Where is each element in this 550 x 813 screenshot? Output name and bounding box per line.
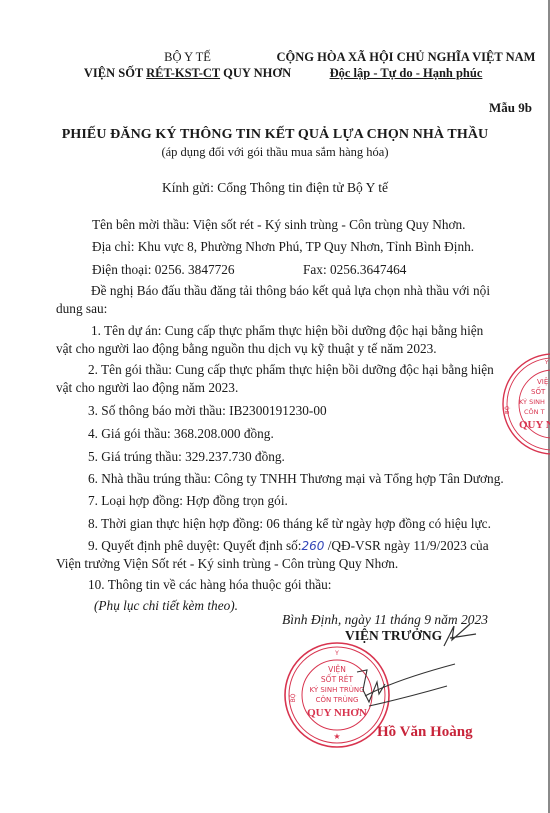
inviter-phone: Điện thoại: 0256. 3847726 xyxy=(92,261,235,278)
document-title: PHIẾU ĐĂNG KÝ THÔNG TIN KẾT QUẢ LỰA CHỌN… xyxy=(0,127,550,143)
edge-seal-line-1: VIỆ xyxy=(537,377,548,386)
signature-scribble xyxy=(355,660,465,725)
seal-line-1: VIỆN xyxy=(328,665,346,674)
edge-seal-top-letter: Y xyxy=(544,360,549,366)
institute-underlined: RÉT-KST-CT xyxy=(146,66,220,80)
edge-seal-line-3: KÝ SINH xyxy=(519,397,545,406)
national-motto: Độc lập - Tự do - Hạnh phúc xyxy=(262,65,550,81)
item-9-line-2: Viện trưởng Viện Sốt rét - Ký sinh trùng… xyxy=(56,555,398,572)
item-3: 3. Số thông báo mời thầu: IB2300191230-0… xyxy=(88,402,327,419)
edge-seal-line-2: SỐT xyxy=(531,386,546,396)
form-number: Mẫu 9b xyxy=(489,100,532,116)
institute-prefix: VIỆN SỐT xyxy=(84,66,146,80)
item-1-line-2: vật cho người lao động bằng nguồn thu dị… xyxy=(56,340,437,357)
item-5: 5. Giá trúng thầu: 329.237.730 đồng. xyxy=(88,448,285,465)
item-9-line-1: 9. Quyết định phê duyệt: Quyết định số:2… xyxy=(88,537,489,555)
seal-line-4: CÔN TRÙNG xyxy=(316,695,359,704)
seal-top-letter: Y xyxy=(334,650,339,657)
inviter-address: Địa chỉ: Khu vực 8, Phường Nhơn Phú, TP … xyxy=(92,238,474,255)
nation-name: CỘNG HÒA XÃ HỘI CHỦ NGHĨA VIỆT NAM xyxy=(262,50,550,65)
inviter-fax: Fax: 0256.3647464 xyxy=(303,261,406,278)
item-4: 4. Giá gói thầu: 368.208.000 đồng. xyxy=(88,425,274,442)
seal-line-2: SỐT RÉT xyxy=(321,674,354,684)
national-header: CỘNG HÒA XÃ HỘI CHỦ NGHĨA VIỆT NAM Độc l… xyxy=(262,50,550,81)
seal-side-text: BỘ xyxy=(290,693,297,702)
seal-star: ★ xyxy=(333,732,340,741)
item-9-suffix: /QĐ-VSR ngày 11/9/2023 của xyxy=(328,538,489,553)
document-subtitle: (áp dụng đối với gói thầu mua sắm hàng h… xyxy=(0,145,550,160)
item-7: 7. Loại hợp đồng: Hợp đồng trọn gói. xyxy=(88,492,288,509)
appendix-note: (Phụ lục chi tiết kèm theo). xyxy=(94,597,238,614)
item-2-line-2: vật cho người lao động năm 2023. xyxy=(56,379,238,396)
edge-seal-side-text: BỘ xyxy=(504,405,511,414)
signer-name: Hồ Văn Hoàng xyxy=(377,724,473,741)
edge-seal-line-4: CÔN T xyxy=(524,407,545,416)
request-line-2: dung sau: xyxy=(56,300,107,317)
item-6: 6. Nhà thầu trúng thầu: Công ty TNHH Thư… xyxy=(88,470,504,487)
edge-seal-partial: Y VIỆ SỐT KÝ SINH CÔN T QUY N BỘ xyxy=(497,350,550,458)
initial-scribble xyxy=(440,620,480,650)
recipient-line: Kính gửi: Cổng Thông tin điện tử Bộ Y tế xyxy=(0,180,550,196)
item-10: 10. Thông tin về các hàng hóa thuộc gói … xyxy=(88,576,331,593)
item-1-line-1: 1. Tên dự án: Cung cấp thực phẩm thực hi… xyxy=(91,322,483,339)
item-9-prefix: 9. Quyết định phê duyệt: Quyết định số: xyxy=(88,538,301,553)
inviter-name: Tên bên mời thầu: Viện sốt rét - Ký sinh… xyxy=(92,216,465,233)
item-2-line-1: 2. Tên gói thầu: Cung cấp thực phẩm thực… xyxy=(88,361,494,378)
request-line-1: Đề nghị Báo đấu thầu đăng tải thông báo … xyxy=(91,282,490,299)
edge-seal-line-5: QUY N xyxy=(519,419,550,431)
decision-number-handwritten: 260 xyxy=(301,539,324,553)
item-8: 8. Thời gian thực hiện hợp đồng: 06 thán… xyxy=(88,515,491,532)
